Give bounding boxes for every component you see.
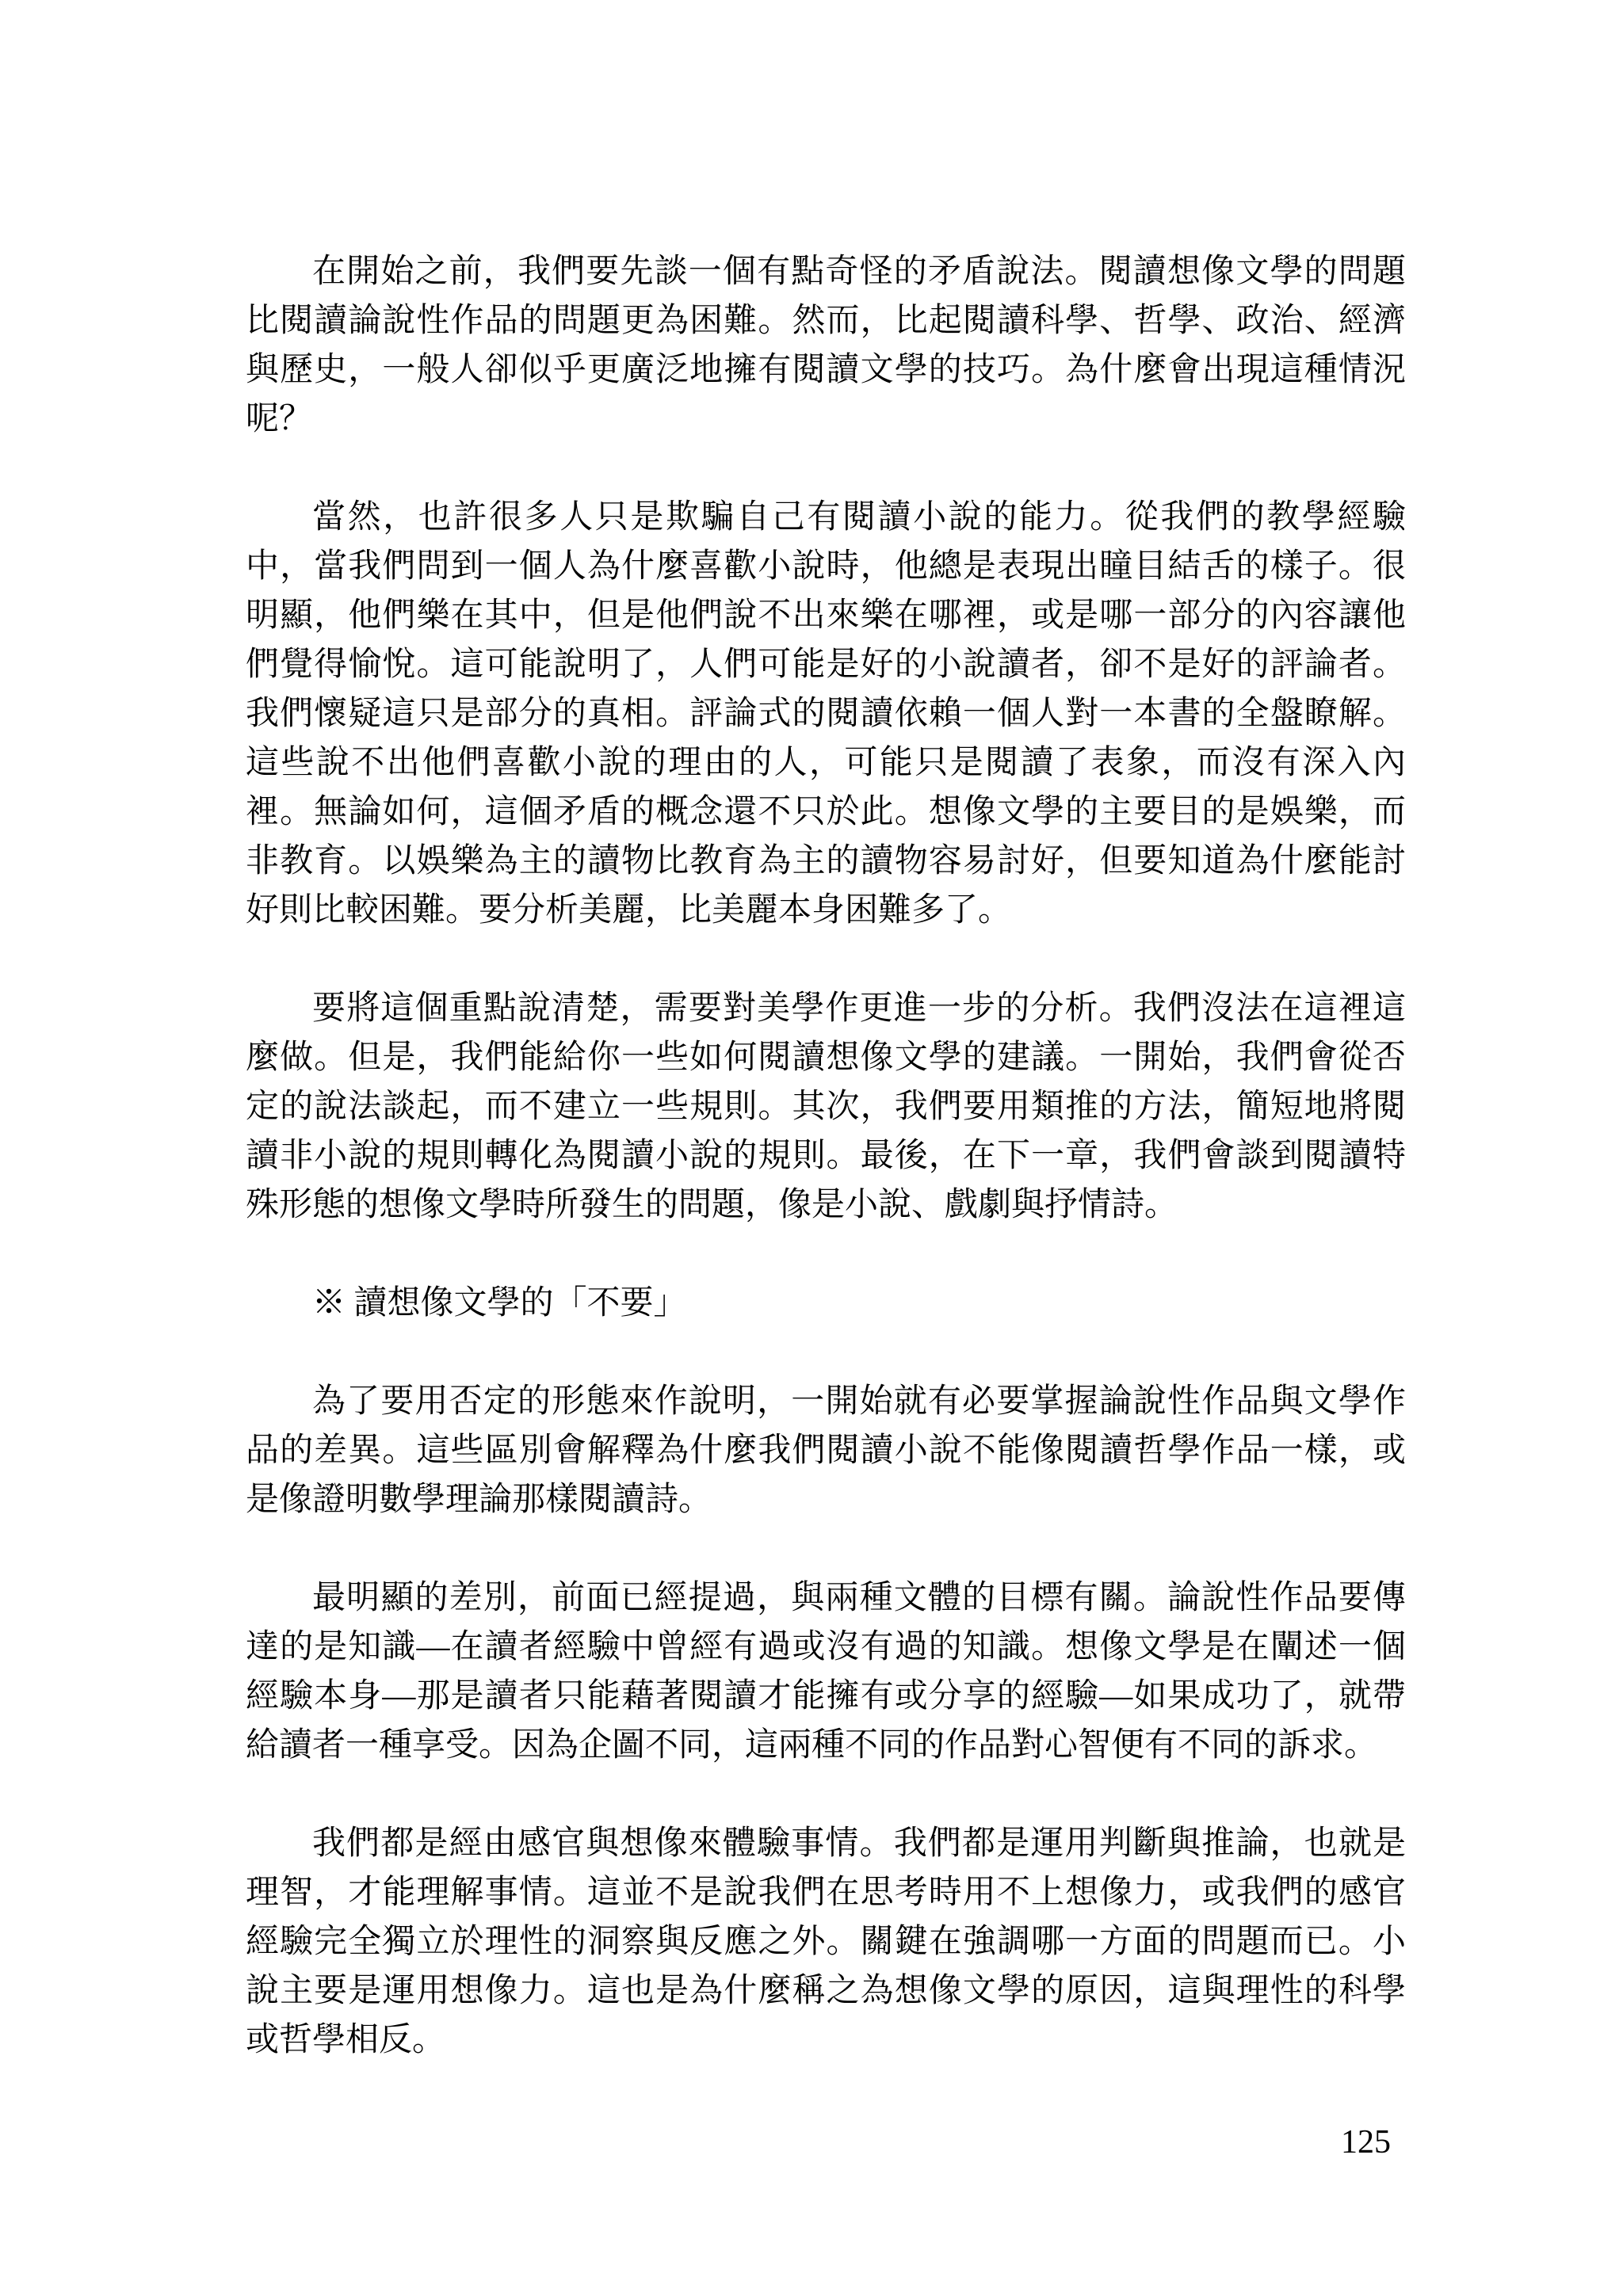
page-number: 125: [1341, 2126, 1391, 2159]
book-page: 在開始之前，我們要先談一個有點奇怪的矛盾說法。閱讀想像文學的問題比閱讀論說性作品…: [0, 0, 1623, 2296]
paragraph: 在開始之前，我們要先談一個有點奇怪的矛盾說法。閱讀想像文學的問題比閱讀論說性作品…: [246, 247, 1406, 444]
paragraph: 最明顯的差別，前面已經提過，與兩種文體的目標有關。論說性作品要傳達的是知識—在讀…: [246, 1573, 1406, 1770]
paragraph: 為了要用否定的形態來作說明，一開始就有必要掌握論說性作品與文學作品的差異。這些區…: [246, 1377, 1406, 1524]
paragraph: 要將這個重點說清楚，需要對美學作更進一步的分析。我們沒法在這裡這麼做。但是，我們…: [246, 984, 1406, 1230]
paragraph: 我們都是經由感官與想像來體驗事情。我們都是運用判斷與推論，也就是理智，才能理解事…: [246, 1819, 1406, 2065]
paragraph: 當然，也許很多人只是欺騙自己有閱讀小說的能力。從我們的教學經驗中，當我們問到一個…: [246, 493, 1406, 935]
text-content: 在開始之前，我們要先談一個有點奇怪的矛盾說法。閱讀想像文學的問題比閱讀論說性作品…: [246, 247, 1406, 2114]
section-heading: ※ 讀想像文學的「不要」: [246, 1279, 1406, 1328]
